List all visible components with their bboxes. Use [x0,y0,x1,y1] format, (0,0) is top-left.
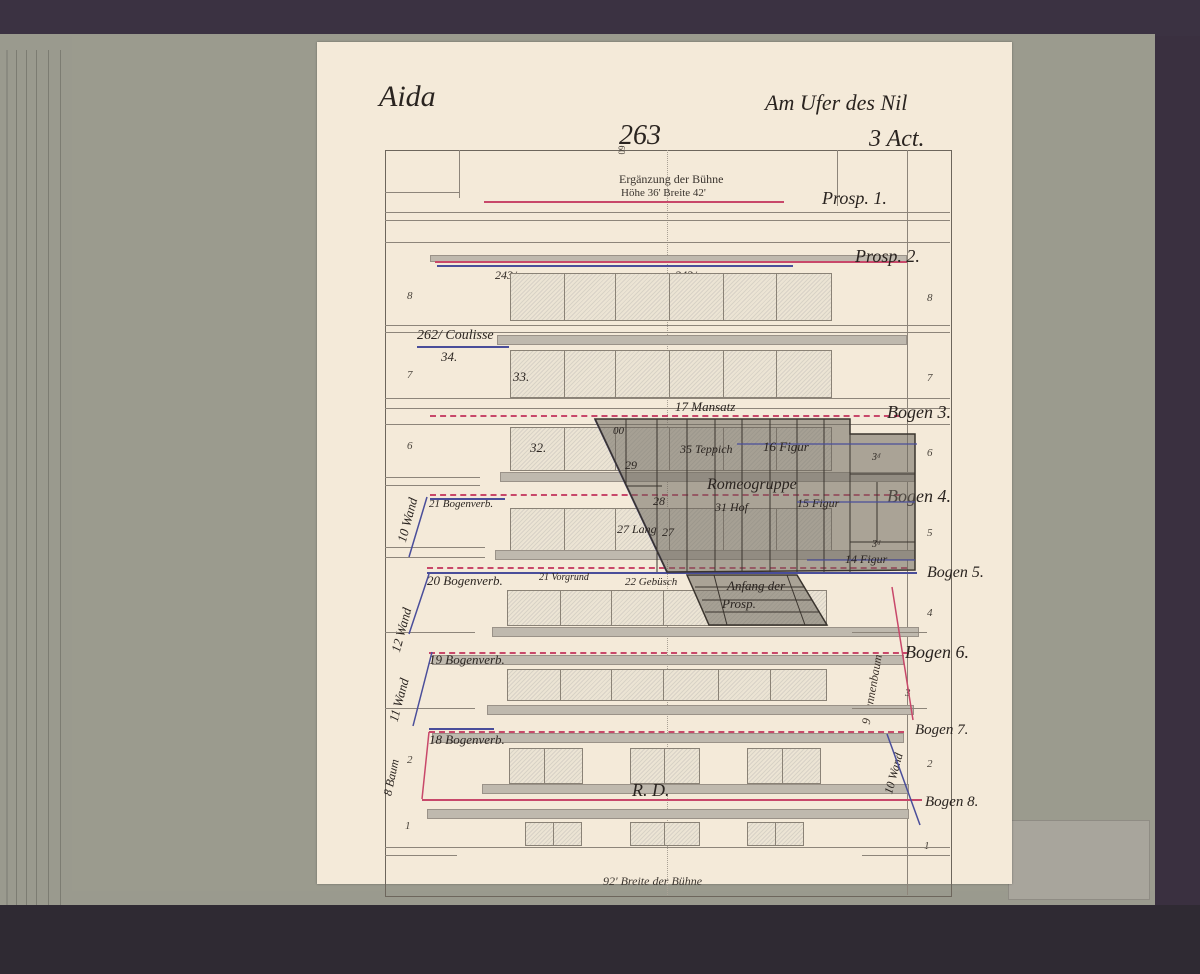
romeo-group-block [317,42,1012,884]
album-cover-bottom [0,905,1200,974]
page-stack-edges [6,50,72,905]
album-cover-top [0,0,1200,36]
corner-card [1008,820,1150,900]
stage-plan-sheet: Aida Am Ufer des Nil 263 3 Act. 60 Ergän… [317,42,1012,884]
